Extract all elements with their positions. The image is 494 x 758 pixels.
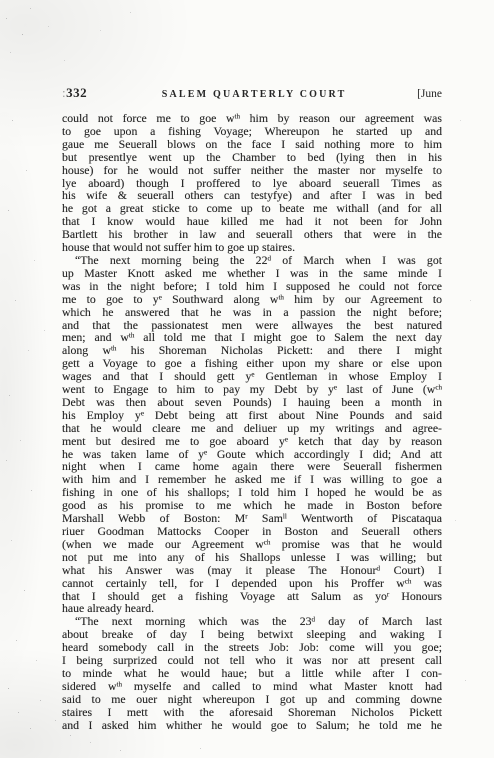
text-line: was in the night before; I told him I su… bbox=[62, 280, 442, 293]
text-line: gaue me Seuerall blows on the face I sai… bbox=[62, 138, 442, 151]
text-line: riuer Goodman Mattocks Cooper in Boston … bbox=[62, 525, 442, 538]
text-line: house) for he would not suffer neither t… bbox=[62, 164, 442, 177]
superscript-abbreviation: e bbox=[204, 448, 207, 456]
superscript-abbreviation: d bbox=[267, 254, 271, 262]
running-title: SALEM QUARTERLY COURT bbox=[162, 89, 347, 100]
superscript-abbreviation: ch bbox=[405, 577, 412, 585]
superscript-abbreviation: r bbox=[387, 590, 389, 598]
text-line: that he would cleare me and deliuer up m… bbox=[62, 422, 442, 435]
superscript-abbreviation: th bbox=[235, 112, 241, 120]
page-number-value: 332 bbox=[66, 85, 87, 100]
text-line: Debt was then about seven Pounds) I haui… bbox=[62, 396, 442, 409]
paragraph: “The next morning being the 22d of March… bbox=[62, 254, 442, 615]
body-text: could not force me to goe wth him by rea… bbox=[62, 112, 442, 732]
superscript-abbreviation: e bbox=[285, 435, 288, 443]
text-line: not put me into any of his Shallops unle… bbox=[62, 551, 442, 564]
page-header: :332 SALEM QUARTERLY COURT [June bbox=[62, 85, 442, 101]
text-line: me to goe to ye Southward along wth him … bbox=[62, 293, 442, 306]
superscript-abbreviation: ch bbox=[435, 384, 442, 392]
scan-artifact: : bbox=[62, 85, 66, 100]
text-line: (when we made our Agreement wch promise … bbox=[62, 538, 442, 551]
superscript-abbreviation: th bbox=[111, 345, 117, 353]
text-line: his Employ ye Debt being att first about… bbox=[62, 409, 442, 422]
superscript-abbreviation: d bbox=[312, 616, 316, 624]
text-line: what his Answer was (may it please The H… bbox=[62, 564, 442, 577]
text-line: “The next morning being the 22d of March… bbox=[62, 254, 442, 267]
text-line: up Master Knott asked me whether I was i… bbox=[62, 267, 442, 280]
superscript-abbreviation: ch bbox=[264, 538, 271, 546]
page-number: :332 bbox=[62, 85, 87, 101]
superscript-abbreviation: e bbox=[141, 409, 144, 417]
text-line: but presentlye went up the Chamber to be… bbox=[62, 151, 442, 164]
paragraph: could not force me to goe wth him by rea… bbox=[62, 112, 442, 254]
superscript-abbreviation: e bbox=[334, 384, 337, 392]
issue-month-label: [June bbox=[417, 88, 442, 100]
superscript-abbreviation: e bbox=[251, 371, 254, 379]
text-line: went to Engage to him to pay my Debt by … bbox=[62, 383, 442, 396]
text-line: to goe upon a fishing Voyage; Whereupon … bbox=[62, 125, 442, 138]
text-line: sidered wth myselfe and called to mind w… bbox=[62, 680, 442, 693]
text-line: staires I mett with the aforesaid Shorem… bbox=[62, 706, 442, 719]
text-line: said to me ouer night whereupon I got up… bbox=[62, 693, 442, 706]
text-line: cannot certainly tell, for I depended up… bbox=[62, 577, 442, 590]
superscript-abbreviation: th bbox=[116, 680, 122, 688]
text-line: could not force me to goe wth him by rea… bbox=[62, 112, 442, 125]
superscript-abbreviation: ll bbox=[283, 513, 287, 521]
text-line: to minde what he would haue; but a littl… bbox=[62, 667, 442, 680]
text-line: and I asked him whither he would goe to … bbox=[62, 719, 442, 732]
superscript-abbreviation: th bbox=[129, 332, 135, 340]
book-page: :332 SALEM QUARTERLY COURT [June could n… bbox=[0, 0, 494, 758]
text-line: which he answered that he was in a passi… bbox=[62, 306, 442, 319]
superscript-abbreviation: e bbox=[159, 293, 162, 301]
scan-speckles bbox=[0, 0, 1, 1]
text-line: ment but desired me to goe aboard ye ket… bbox=[62, 435, 442, 448]
superscript-abbreviation: th bbox=[278, 293, 284, 301]
superscript-abbreviation: r bbox=[245, 513, 247, 521]
paragraph: “The next morning which was the 23d day … bbox=[62, 615, 442, 731]
page-content: :332 SALEM QUARTERLY COURT [June could n… bbox=[62, 85, 442, 732]
superscript-abbreviation: d bbox=[376, 564, 380, 572]
